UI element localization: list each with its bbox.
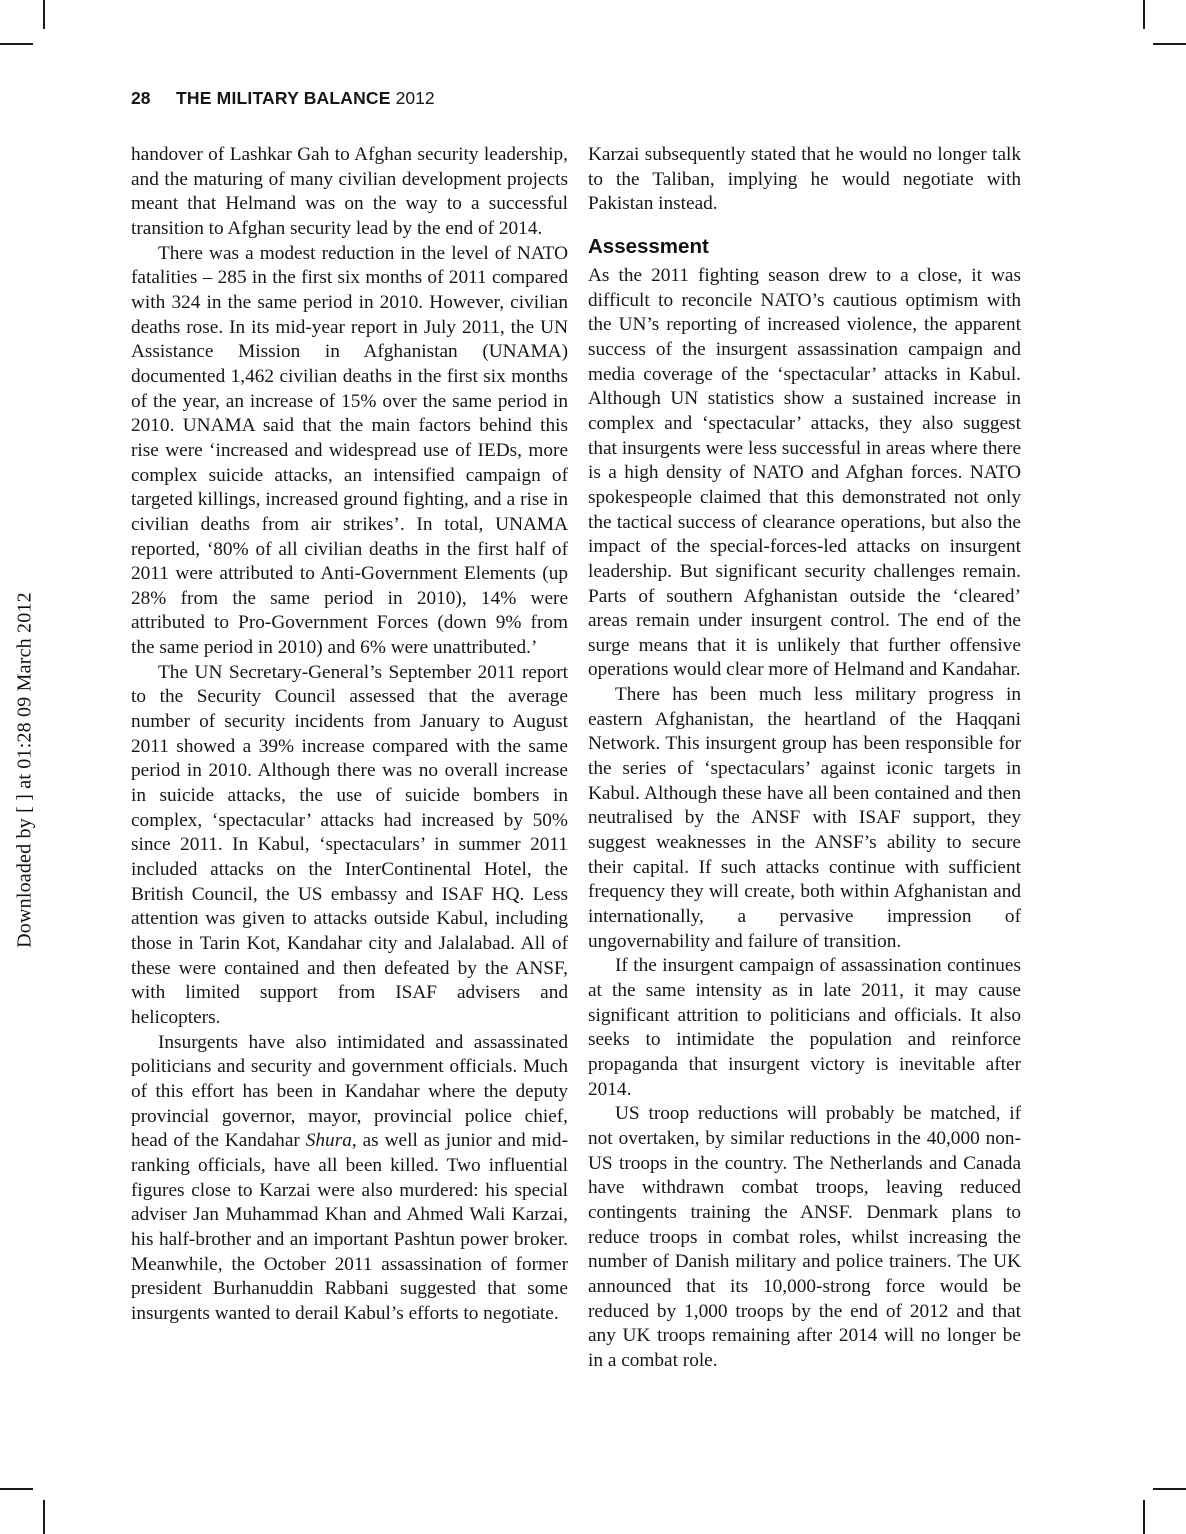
book-year: 2012 [396,88,435,108]
crop-mark-top-right-vertical [1143,0,1145,29]
paragraph-assassination-campaign: If the insurgent campaign of assassinati… [588,954,1021,1102]
assessment-heading: Assessment [588,234,1021,259]
paragraph-nato-fatalities: There was a modest reduction in the leve… [131,242,568,661]
paragraph-troop-reductions: US troop reductions will probably be mat… [588,1102,1021,1373]
paragraph-karzai: Karzai subsequently stated that he would… [588,143,1021,217]
book-title: THE MILITARY BALANCE [176,88,391,108]
crop-mark-top-right-horizontal [1153,43,1186,45]
crop-mark-bottom-right-horizontal [1153,1488,1186,1490]
paragraph-haqqani: There has been much less military progre… [588,683,1021,954]
paragraph-assassinations-text-after: , as well as junior and mid-ranking offi… [131,1130,568,1324]
right-column: Karzai subsequently stated that he would… [588,143,1021,1374]
crop-mark-bottom-right-vertical [1143,1500,1145,1534]
page-header: 28THE MILITARY BALANCE2012 [131,88,435,109]
paragraph-un-report: The UN Secretary-General’s September 201… [131,661,568,1031]
paragraph-handover: handover of Lashkar Gah to Afghan securi… [131,143,568,242]
download-watermark: Downloaded by [ ] at 01:28 09 March 2012 [14,592,37,948]
crop-mark-top-left-horizontal [0,43,33,45]
page-number: 28 [131,88,176,109]
shura-italic: Shura [306,1130,352,1151]
crop-mark-bottom-left-horizontal [0,1488,33,1490]
crop-mark-bottom-left-vertical [43,1500,45,1534]
crop-mark-top-left-vertical [43,0,45,29]
left-column: handover of Lashkar Gah to Afghan securi… [131,143,568,1327]
paragraph-fighting-season: As the 2011 fighting season drew to a cl… [588,264,1021,683]
paragraph-assassinations: Insurgents have also intimidated and ass… [131,1031,568,1327]
